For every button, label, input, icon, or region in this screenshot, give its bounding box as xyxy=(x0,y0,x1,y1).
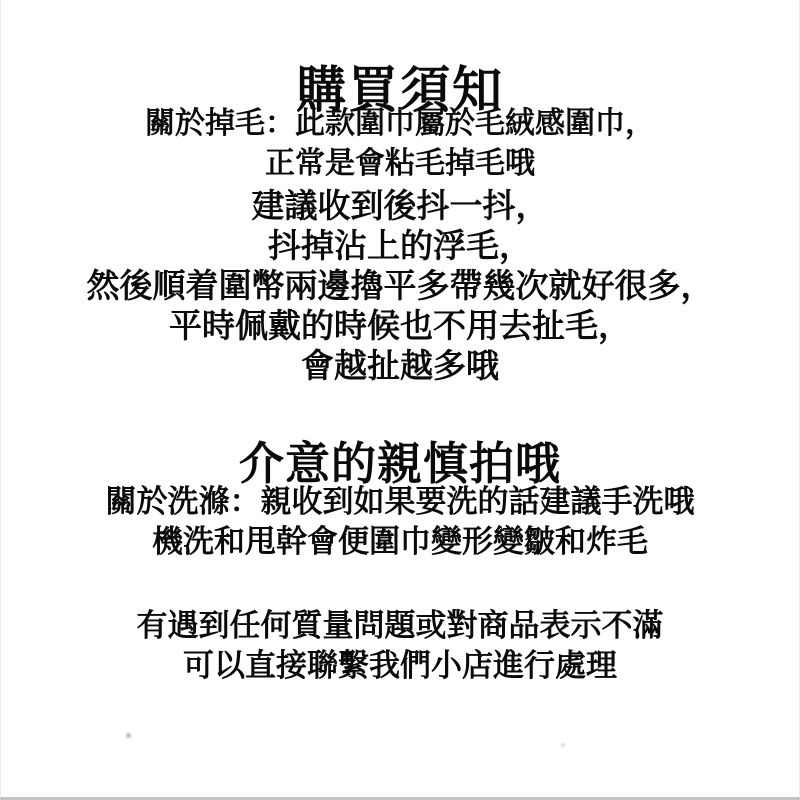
artifact-dot xyxy=(561,743,565,747)
service-line: 有遇到任何質量問題或對商品表示不滿 xyxy=(1,606,799,646)
shedding-line: 抖掉沾上的浮毛， xyxy=(1,226,799,266)
washing-line: 關於洗滌：親收到如果要洗的話建議手洗哦 xyxy=(1,482,799,522)
washing-section: 關於洗滌：親收到如果要洗的話建議手洗哦 機洗和甩幹會便圍巾變形變皺和炸毛 xyxy=(1,482,799,562)
shedding-intro-section: 關於掉毛：此款圍巾屬於毛絨感圍巾， 正常是會粘毛掉毛哦 xyxy=(1,104,799,184)
shedding-line: 然後順着圍幣兩邊擼平多帶幾次就好很多， xyxy=(1,266,799,306)
shedding-line: 會越扯越多哦 xyxy=(1,346,799,386)
purchase-notice-page: 購買須知 關於掉毛：此款圍巾屬於毛絨感圍巾， 正常是會粘毛掉毛哦 建議收到後抖一… xyxy=(0,0,800,800)
shedding-line: 建議收到後抖一抖， xyxy=(1,186,799,226)
customer-service-section: 有遇到任何質量問題或對商品表示不滿 可以直接聯繫我們小店進行處理 xyxy=(1,606,799,686)
shedding-line: 正常是會粘毛掉毛哦 xyxy=(1,144,799,184)
washing-line: 機洗和甩幹會便圍巾變形變皺和炸毛 xyxy=(1,522,799,562)
service-line: 可以直接聯繫我們小店進行處理 xyxy=(1,646,799,686)
shedding-advice-section: 建議收到後抖一抖， 抖掉沾上的浮毛， 然後順着圍幣兩邊擼平多帶幾次就好很多， 平… xyxy=(1,186,799,386)
artifact-dot xyxy=(126,733,131,738)
shedding-line: 關於掉毛：此款圍巾屬於毛絨感圍巾， xyxy=(1,104,799,144)
shedding-line: 平時佩戴的時候也不用去扯毛， xyxy=(1,306,799,346)
